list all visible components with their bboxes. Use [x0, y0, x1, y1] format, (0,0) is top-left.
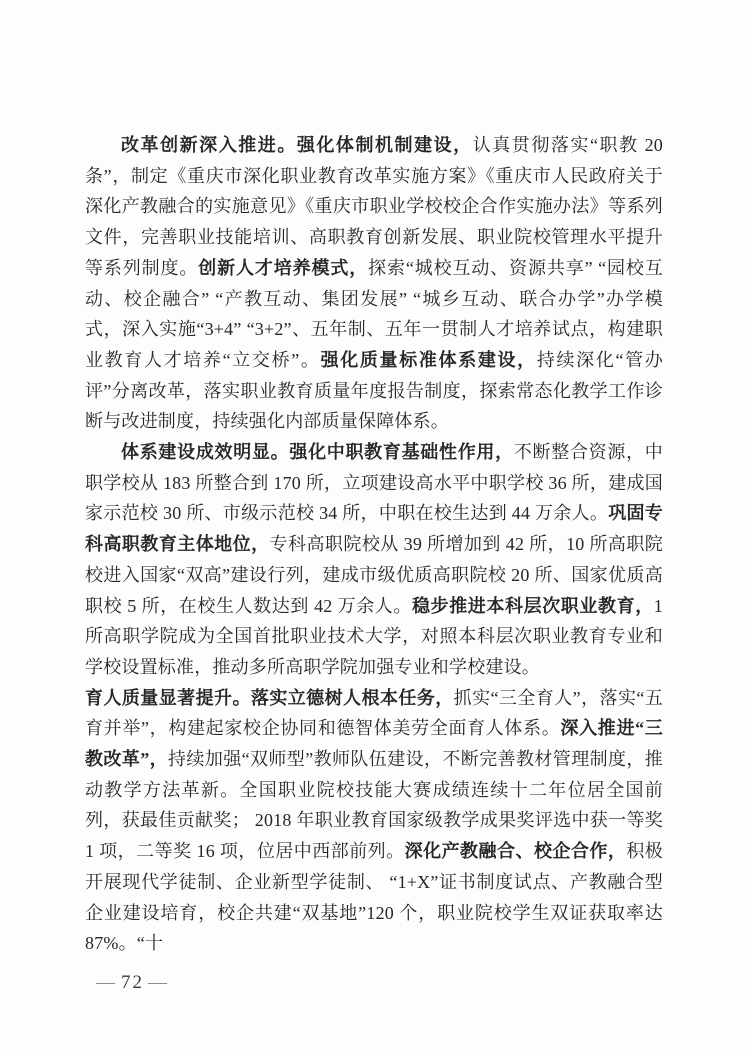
page-footer: —72—	[92, 972, 173, 994]
paragraph: 改革创新深入推进。强化体制机制建设，认真贯彻落实“职教 20 条”，制定《重庆市…	[85, 130, 663, 437]
page-number-dash-left: —	[92, 972, 121, 993]
emphasis-text-run: 创新人才培养模式，	[198, 258, 368, 278]
emphasis-text-run: 改革创新深入推进。强化体制机制建设，	[121, 135, 473, 155]
page-number-dash-right: —	[144, 972, 173, 993]
emphasis-text-run: 体系建设成效明显。强化中职教育基础性作用，	[121, 442, 514, 462]
page-number: 72	[121, 972, 144, 993]
text-run: 认真贯彻落实“职教 20 条”，制定《重庆市深化职业教育改革实施方案》《重庆市人…	[85, 135, 663, 278]
emphasis-text-run: 育人质量显著提升。落实立德树人根本任务，	[85, 688, 454, 708]
emphasis-text-run: 稳步推进本科层次职业教育，	[412, 596, 654, 616]
paragraph: 体系建设成效明显。强化中职教育基础性作用，不断整合资源，中职学校从 183 所整…	[85, 437, 663, 683]
document-page: 改革创新深入推进。强化体制机制建设，认真贯彻落实“职教 20 条”，制定《重庆市…	[0, 0, 745, 1056]
emphasis-text-run: 强化质量标准体系建设，	[321, 350, 537, 370]
document-body: 改革创新深入推进。强化体制机制建设，认真贯彻落实“职教 20 条”，制定《重庆市…	[85, 130, 663, 959]
paragraph: 育人质量显著提升。落实立德树人根本任务，抓实“三全育人”，落实“五育并举”，构建…	[85, 683, 663, 959]
emphasis-text-run: 深化产教融合、校企合作，	[405, 841, 627, 861]
